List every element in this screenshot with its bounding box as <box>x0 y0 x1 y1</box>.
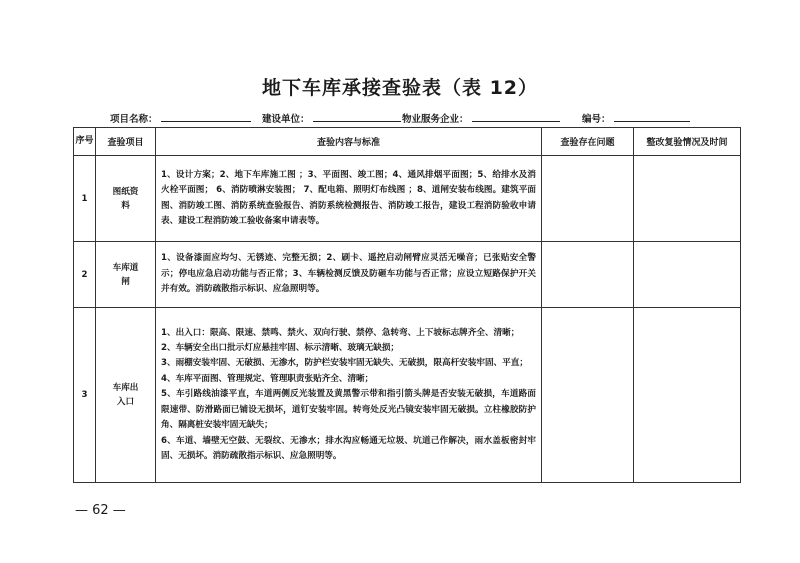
inspection-table: 序号 查验项目 查验内容与标准 查验存在问题 整改复验情况及时间 1 图纸资料 … <box>73 127 741 483</box>
header-seq: 序号 <box>74 128 96 156</box>
table-row: 3 车库出入口 1、出入口：限高、限速、禁鸣、禁火、双向行驶、禁停、急转弯、上下… <box>74 308 741 483</box>
row-content: 1、出入口：限高、限速、禁鸣、禁火、双向行驶、禁停、急转弯、上下坡标志牌齐全、清… <box>156 308 542 483</box>
number-label: 编号： <box>582 114 611 125</box>
builder-field: 建设单位： <box>262 111 401 125</box>
header-rectification: 整改复验情况及时间 <box>634 128 741 156</box>
header-content: 查验内容与标准 <box>156 128 542 156</box>
content-line: 2、车辆安全出口批示灯应悬挂牢固、标示清晰、玻璃无缺损； <box>161 341 536 356</box>
content-line: 1、出入口：限高、限速、禁鸣、禁火、双向行驶、禁停、急转弯、上下坡标志牌齐全、清… <box>161 326 536 341</box>
row-rectification-cell[interactable] <box>634 308 741 483</box>
number-field: 编号： <box>582 111 690 125</box>
row-content: 1、设备漆面应均匀、无锈迹、完整无损；2、刷卡、遥控启动闸臂应灵活无噪音；已张贴… <box>156 242 542 308</box>
content-line: 4、车库平面图、管理规定、管理职责张贴齐全、清晰； <box>161 372 536 387</box>
page-number: — 62 — <box>75 503 126 518</box>
meta-fields: 项目名称： 建设单位： 物业服务企业： 编号： <box>110 111 750 125</box>
project-name-field: 项目名称： <box>110 111 251 125</box>
content-line: 1、设备漆面应均匀、无锈迹、完整无损；2、刷卡、遥控启动闸臂应灵活无噪音；已张贴… <box>161 251 536 297</box>
builder-label: 建设单位： <box>262 114 310 125</box>
row-seq: 3 <box>74 308 96 483</box>
content-line: 3、雨棚安装牢固、无破损、无渗水，防护栏安装牢固无缺失、无破损，限高杆安装牢固、… <box>161 356 536 371</box>
table-row: 1 图纸资料 1、设计方案；2、地下车库施工图 ；3、平面图、竣工图；4、通风排… <box>74 156 741 242</box>
property-company-input[interactable] <box>472 112 560 122</box>
row-seq: 2 <box>74 242 96 308</box>
project-name-label: 项目名称： <box>110 114 158 125</box>
number-input[interactable] <box>614 112 690 122</box>
row-issues-cell[interactable] <box>542 156 634 242</box>
property-company-field: 物业服务企业： <box>402 111 560 125</box>
row-issues-cell[interactable] <box>542 308 634 483</box>
header-item: 查验项目 <box>96 128 156 156</box>
row-seq: 1 <box>74 156 96 242</box>
content-line: 6、车道、墙壁无空鼓、无裂纹、无渗水；排水沟应畅通无垃圾、坑道己作解决，雨水盖板… <box>161 434 536 465</box>
row-item: 车库出入口 <box>96 308 156 483</box>
property-company-label: 物业服务企业： <box>402 114 469 125</box>
row-item: 图纸资料 <box>96 156 156 242</box>
content-line: 1、设计方案；2、地下车库施工图 ；3、平面图、竣工图；4、通风排烟平面图；5、… <box>161 168 536 230</box>
row-item: 车库道闸 <box>96 242 156 308</box>
row-rectification-cell[interactable] <box>634 156 741 242</box>
project-name-input[interactable] <box>161 112 251 122</box>
row-issues-cell[interactable] <box>542 242 634 308</box>
table-row: 2 车库道闸 1、设备漆面应均匀、无锈迹、完整无损；2、刷卡、遥控启动闸臂应灵活… <box>74 242 741 308</box>
document-title: 地下车库承接查验表（表 12） <box>0 73 800 100</box>
builder-input[interactable] <box>313 112 401 122</box>
table-header-row: 序号 查验项目 查验内容与标准 查验存在问题 整改复验情况及时间 <box>74 128 741 156</box>
row-rectification-cell[interactable] <box>634 242 741 308</box>
row-content: 1、设计方案；2、地下车库施工图 ；3、平面图、竣工图；4、通风排烟平面图；5、… <box>156 156 542 242</box>
header-issues: 查验存在问题 <box>542 128 634 156</box>
content-line: 5、车引路线油漆平直，车道两侧反光装置及黄黑警示带和指引箭头牌是否安装无破损，车… <box>161 387 536 433</box>
